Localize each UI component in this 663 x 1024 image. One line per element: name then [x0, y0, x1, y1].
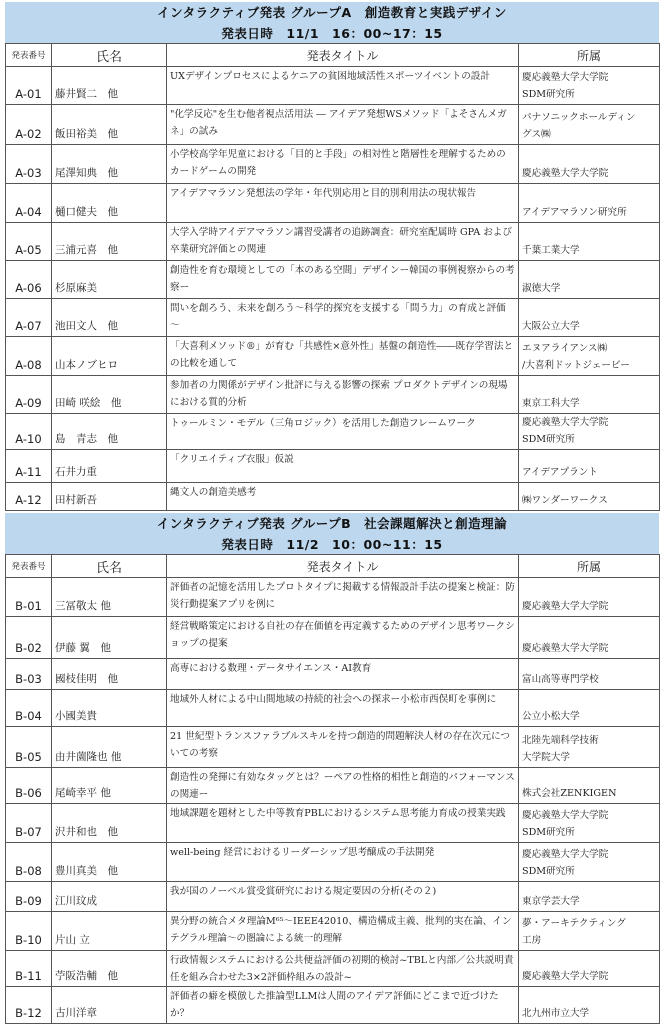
- table-row: B-11苧阪浩輔 他行政情報システムにおける公共便益評価の初期的検討~TBLと内…: [6, 951, 660, 987]
- affiliation-line: 慶応義塾大学大学院: [522, 165, 656, 182]
- table-row: B-06尾崎幸平 他創造性の発揮に有効なタッグとは？ーペアの性格的相性と創造的パ…: [6, 768, 660, 804]
- affiliation-line: 北陸先端科学技術: [522, 732, 656, 749]
- presenter-name: 池田文人 他: [52, 299, 167, 337]
- presenter-name: 片山 立: [52, 912, 167, 951]
- presentation-number: A-01: [6, 67, 52, 105]
- affiliation-line: パナソニックホールディン: [522, 109, 656, 126]
- presentation-number: A-04: [6, 184, 52, 223]
- affiliation: 慶応義塾大学大学院SDM研究所: [519, 414, 660, 450]
- affiliation-line: 慶応義塾大学大学院: [522, 414, 656, 431]
- affiliation-line: 慶応義塾大学大学院: [522, 69, 656, 86]
- affiliation-line: 慶応義塾大学大学院: [522, 846, 656, 863]
- presentation-title: 参加者の力関係がデザイン批評に与える影響の探索 プロダクトデザインの現場における…: [167, 376, 519, 414]
- group-b-section: インタラクティブ発表 グループB 社会課題解決と創造理論 発表日時 11/2 1…: [5, 513, 659, 1024]
- presenter-name: 尾崎幸平 他: [52, 768, 167, 804]
- affiliation: 大阪公立大学: [519, 299, 660, 337]
- presentation-title: 大学入学時アイデアマラソン講習受講者の追跡調査：研究室配属時 GPA および卒業…: [167, 223, 519, 261]
- table-row: B-10片山 立異分野の統合メタ理論M⁶⁵～IEEE42010、構造構成主義、批…: [6, 912, 660, 951]
- affiliation: 淑徳大学: [519, 261, 660, 299]
- presenter-name: 尾澤知典 他: [52, 145, 167, 184]
- presenter-name: 三浦元喜 他: [52, 223, 167, 261]
- group-a-table: 発表番号 氏名 発表タイトル 所属 A-01藤井賢二 他UXデザインプロセスによ…: [5, 43, 660, 511]
- group-b-banner: インタラクティブ発表 グループB 社会課題解決と創造理論 発表日時 11/2 1…: [5, 513, 659, 554]
- presentation-number: A-08: [6, 337, 52, 376]
- affiliation-line: 慶応義塾大学大学院: [522, 640, 656, 657]
- presentation-number: A-05: [6, 223, 52, 261]
- presentation-title: 経営戦略策定における自社の存在価値を再定義するためのデザイン思考ワークショップの…: [167, 617, 519, 659]
- presentation-number: B-04: [6, 690, 52, 727]
- table-row: A-05三浦元喜 他大学入学時アイデアマラソン講習受講者の追跡調査：研究室配属時…: [6, 223, 660, 261]
- affiliation-line: 東京学芸大学: [522, 893, 656, 910]
- affiliation-line: SDM研究所: [522, 86, 656, 103]
- affiliation: 北陸先端科学技術大学院大学: [519, 727, 660, 768]
- affiliation: パナソニックホールディングス㈱: [519, 105, 660, 145]
- affiliation: アイデアマラソン研究所: [519, 184, 660, 223]
- affiliation: 夢・アーキテクティング工房: [519, 912, 660, 951]
- affiliation: ㈱ワンダーワークス: [519, 483, 660, 511]
- table-row: B-09江川玟成我が国のノーベル賞受賞研究における規定要因の分析(その２)東京学…: [6, 882, 660, 912]
- group-b-table: 発表番号 氏名 発表タイトル 所属 B-01三冨敬太 他評価者の記憶を活用したプ…: [5, 554, 660, 1024]
- presenter-name: 小國美貴: [52, 690, 167, 727]
- presenter-name: 伊藤 翼 他: [52, 617, 167, 659]
- presenter-name: 苧阪浩輔 他: [52, 951, 167, 987]
- presentation-number: B-10: [6, 912, 52, 951]
- group-a-schedule: 発表日時 11/1 16：00~17：15: [5, 24, 659, 44]
- presentation-number: B-08: [6, 843, 52, 882]
- affiliation: エヌアライアンス㈱/大喜利ドットジェービー: [519, 337, 660, 376]
- presentation-title: アイデアマラソン発想法の学年・年代別応用と目的別利用法の現状報告: [167, 184, 519, 223]
- presenter-name: 島 青志 他: [52, 414, 167, 450]
- affiliation-line: ㈱ワンダーワークス: [522, 492, 656, 509]
- presentation-title: 高専における数理・データサイエンス・AI教育: [167, 659, 519, 690]
- presenter-name: 田崎 咲絵 他: [52, 376, 167, 414]
- presenter-name: 三冨敬太 他: [52, 578, 167, 617]
- presentation-title: 小学校高学年児童における「目的と手段」の相対性と階層性を理解するためのカードゲー…: [167, 145, 519, 184]
- presentation-title: 創造性の発揮に有効なタッグとは？ーペアの性格的相性と創造的パフォーマンスの関連ー: [167, 768, 519, 804]
- affiliation: 慶応義塾大学大学院: [519, 578, 660, 617]
- presenter-name: 藤井賢二 他: [52, 67, 167, 105]
- group-a-section: インタラクティブ発表 グループA 創造教育と実践デザイン 発表日時 11/1 1…: [5, 2, 659, 511]
- table-row: B-04小國美貴地域外人材による中山間地域の持続的社会への探求ー小松市西俣町を事…: [6, 690, 660, 727]
- presentation-number: A-10: [6, 414, 52, 450]
- affiliation: 千葉工業大学: [519, 223, 660, 261]
- presentation-title: 地域課題を題材とした中等教育PBLにおけるシステム思考能力育成の授業実践: [167, 804, 519, 843]
- presenter-name: 國枝佳明 他: [52, 659, 167, 690]
- presentation-number: A-11: [6, 450, 52, 483]
- presenter-name: 石井力重: [52, 450, 167, 483]
- presentation-title: 評価者の癖を模倣した推論型LLMは人間のアイデア評価にどこまで近づけたか？: [167, 987, 519, 1024]
- column-header-number: 発表番号: [6, 555, 52, 578]
- affiliation-line: SDM研究所: [522, 863, 656, 880]
- presentation-title: 「大喜利メソッド®」が育む「共感性×意外性」基盤の創造性――既存学習法との比較を…: [167, 337, 519, 376]
- affiliation: 東京学芸大学: [519, 882, 660, 912]
- presentation-title: 問いを創ろう、未来を創ろう～科学的探究を支援する「問う力」の育成と評価～: [167, 299, 519, 337]
- table-row: A-12田村新吾縄文人の創造美感考㈱ワンダーワークス: [6, 483, 660, 511]
- group-b-heading: インタラクティブ発表 グループB 社会課題解決と創造理論: [5, 513, 659, 535]
- affiliation-line: 工房: [522, 932, 656, 949]
- presentation-number: A-02: [6, 105, 52, 145]
- affiliation: 慶応義塾大学大学院: [519, 951, 660, 987]
- affiliation-line: 慶応義塾大学大学院: [522, 968, 656, 985]
- table-row: A-09田崎 咲絵 他参加者の力関係がデザイン批評に与える影響の探索 プロダクト…: [6, 376, 660, 414]
- presentation-title: 我が国のノーベル賞受賞研究における規定要因の分析(その２): [167, 882, 519, 912]
- affiliation: 慶応義塾大学大学院SDM研究所: [519, 67, 660, 105]
- affiliation-line: エヌアライアンス㈱: [522, 340, 656, 357]
- affiliation-line: 株式会社ZENKIGEN: [522, 785, 656, 802]
- presenter-name: 田村新吾: [52, 483, 167, 511]
- presentation-title: 縄文人の創造美感考: [167, 483, 519, 511]
- group-a-heading: インタラクティブ発表 グループA 創造教育と実践デザイン: [5, 2, 659, 24]
- table-row: B-12古川洋章評価者の癖を模倣した推論型LLMは人間のアイデア評価にどこまで近…: [6, 987, 660, 1024]
- affiliation-line: 富山高等専門学校: [522, 671, 656, 688]
- affiliation-line: 千葉工業大学: [522, 242, 656, 259]
- group-b-schedule: 発表日時 11/2 10：00~11：15: [5, 535, 659, 555]
- presenter-name: 豊川真美 他: [52, 843, 167, 882]
- presenter-name: 由井薗隆也 他: [52, 727, 167, 768]
- group-b-rows: B-01三冨敬太 他評価者の記憶を活用したプロトタイプに掲載する情報設計手法の提…: [6, 578, 660, 1024]
- table-row: A-04樋口健夫 他アイデアマラソン発想法の学年・年代別応用と目的別利用法の現状…: [6, 184, 660, 223]
- table-row: B-07沢井和也 他地域課題を題材とした中等教育PBLにおけるシステム思考能力育…: [6, 804, 660, 843]
- affiliation-line: SDM研究所: [522, 824, 656, 841]
- affiliation-line: 東京工科大学: [522, 395, 656, 412]
- column-header-name: 氏名: [52, 44, 167, 67]
- table-row: A-11石井力重「クリエイティブ衣服」仮説アイデアプラント: [6, 450, 660, 483]
- presentation-number: A-03: [6, 145, 52, 184]
- affiliation: アイデアプラント: [519, 450, 660, 483]
- presenter-name: 樋口健夫 他: [52, 184, 167, 223]
- affiliation: 慶応義塾大学大学院SDM研究所: [519, 804, 660, 843]
- affiliation-line: 北九州市立大学: [522, 1005, 656, 1022]
- presentation-title: 21 世紀型トランスファラブルスキルを持つ創造的問題解決人材の存在次元についての…: [167, 727, 519, 768]
- affiliation-line: 慶応義塾大学大学院: [522, 598, 656, 615]
- column-header-affiliation: 所属: [519, 555, 660, 578]
- presentation-number: A-09: [6, 376, 52, 414]
- presentation-number: B-12: [6, 987, 52, 1024]
- table-header-row: 発表番号 氏名 発表タイトル 所属: [6, 555, 660, 578]
- affiliation: 富山高等専門学校: [519, 659, 660, 690]
- presentation-title: 創造性を育む環境としての「本のある空間」デザインー韓国の事例視察からの考察ー: [167, 261, 519, 299]
- affiliation: 慶応義塾大学大学院SDM研究所: [519, 843, 660, 882]
- affiliation: 北九州市立大学: [519, 987, 660, 1024]
- presentation-number: B-05: [6, 727, 52, 768]
- table-row: A-08山本ノブヒロ「大喜利メソッド®」が育む「共感性×意外性」基盤の創造性――…: [6, 337, 660, 376]
- presentation-number: A-07: [6, 299, 52, 337]
- presenter-name: 古川洋章: [52, 987, 167, 1024]
- affiliation-line: 慶応義塾大学大学院: [522, 807, 656, 824]
- presentation-title: トゥールミン・モデル（三角ロジック）を活用した創造フレームワーク: [167, 414, 519, 450]
- presentation-number: A-12: [6, 483, 52, 511]
- affiliation-line: 大阪公立大学: [522, 318, 656, 335]
- presentation-title: 評価者の記憶を活用したプロトタイプに掲載する情報設計手法の提案と検証：防災行動提…: [167, 578, 519, 617]
- presentation-number: B-01: [6, 578, 52, 617]
- table-row: A-03尾澤知典 他小学校高学年児童における「目的と手段」の相対性と階層性を理解…: [6, 145, 660, 184]
- affiliation-line: 夢・アーキテクティング: [522, 915, 656, 932]
- table-row: B-03國枝佳明 他高専における数理・データサイエンス・AI教育富山高等専門学校: [6, 659, 660, 690]
- presentation-title: UXデザインプロセスによるケニアの貧困地域活性スポーツイベントの設計: [167, 67, 519, 105]
- presentation-title: 「クリエイティブ衣服」仮説: [167, 450, 519, 483]
- presentation-title: 異分野の統合メタ理論M⁶⁵～IEEE42010、構造構成主義、批判的実在論、イン…: [167, 912, 519, 951]
- presentation-number: B-11: [6, 951, 52, 987]
- affiliation-line: 淑徳大学: [522, 280, 656, 297]
- affiliation-line: 公立小松大学: [522, 708, 656, 725]
- presentation-number: B-06: [6, 768, 52, 804]
- table-row: A-01藤井賢二 他UXデザインプロセスによるケニアの貧困地域活性スポーツイベン…: [6, 67, 660, 105]
- presentation-number: B-03: [6, 659, 52, 690]
- table-row: A-07池田文人 他問いを創ろう、未来を創ろう～科学的探究を支援する「問う力」の…: [6, 299, 660, 337]
- presentation-number: B-07: [6, 804, 52, 843]
- table-row: B-01三冨敬太 他評価者の記憶を活用したプロトタイプに掲載する情報設計手法の提…: [6, 578, 660, 617]
- presentation-number: B-02: [6, 617, 52, 659]
- column-header-title: 発表タイトル: [167, 555, 519, 578]
- presentation-number: A-06: [6, 261, 52, 299]
- affiliation: 株式会社ZENKIGEN: [519, 768, 660, 804]
- presentation-title: well-being 経営におけるリーダーシップ思考醸成の手法開発: [167, 843, 519, 882]
- presenter-name: 江川玟成: [52, 882, 167, 912]
- affiliation-line: /大喜利ドットジェービー: [522, 357, 656, 374]
- presentation-title: 地域外人材による中山間地域の持続的社会への探求ー小松市西俣町を事例に: [167, 690, 519, 727]
- column-header-title: 発表タイトル: [167, 44, 519, 67]
- presentation-number: B-09: [6, 882, 52, 912]
- table-header-row: 発表番号 氏名 発表タイトル 所属: [6, 44, 660, 67]
- group-a-banner: インタラクティブ発表 グループA 創造教育と実践デザイン 発表日時 11/1 1…: [5, 2, 659, 43]
- affiliation-line: アイデアプラント: [522, 464, 656, 481]
- affiliation-line: グス㈱: [522, 126, 656, 143]
- table-row: A-06杉原麻美創造性を育む環境としての「本のある空間」デザインー韓国の事例視察…: [6, 261, 660, 299]
- group-a-rows: A-01藤井賢二 他UXデザインプロセスによるケニアの貧困地域活性スポーツイベン…: [6, 67, 660, 511]
- presentation-title: 行政情報システムにおける公共便益評価の初期的検討~TBLと内部／公共説明責任を組…: [167, 951, 519, 987]
- table-row: A-02飯田裕美 他"化学反応"を生む他者視点活用法 ― アイデア発想WSメソッ…: [6, 105, 660, 145]
- table-row: B-08豊川真美 他well-being 経営におけるリーダーシップ思考醸成の手…: [6, 843, 660, 882]
- affiliation: 公立小松大学: [519, 690, 660, 727]
- column-header-affiliation: 所属: [519, 44, 660, 67]
- column-header-name: 氏名: [52, 555, 167, 578]
- presenter-name: 沢井和也 他: [52, 804, 167, 843]
- affiliation-line: SDM研究所: [522, 431, 656, 448]
- table-row: B-02伊藤 翼 他経営戦略策定における自社の存在価値を再定義するためのデザイン…: [6, 617, 660, 659]
- affiliation: 慶応義塾大学大学院: [519, 145, 660, 184]
- presenter-name: 山本ノブヒロ: [52, 337, 167, 376]
- presenter-name: 飯田裕美 他: [52, 105, 167, 145]
- affiliation: 東京工科大学: [519, 376, 660, 414]
- column-header-number: 発表番号: [6, 44, 52, 67]
- presentation-title: "化学反応"を生む他者視点活用法 ― アイデア発想WSメソッド「よそさんメガネ」…: [167, 105, 519, 145]
- table-row: A-10島 青志 他トゥールミン・モデル（三角ロジック）を活用した創造フレームワ…: [6, 414, 660, 450]
- affiliation: 慶応義塾大学大学院: [519, 617, 660, 659]
- presenter-name: 杉原麻美: [52, 261, 167, 299]
- affiliation-line: アイデアマラソン研究所: [522, 204, 656, 221]
- table-row: B-05由井薗隆也 他21 世紀型トランスファラブルスキルを持つ創造的問題解決人…: [6, 727, 660, 768]
- affiliation-line: 大学院大学: [522, 749, 656, 766]
